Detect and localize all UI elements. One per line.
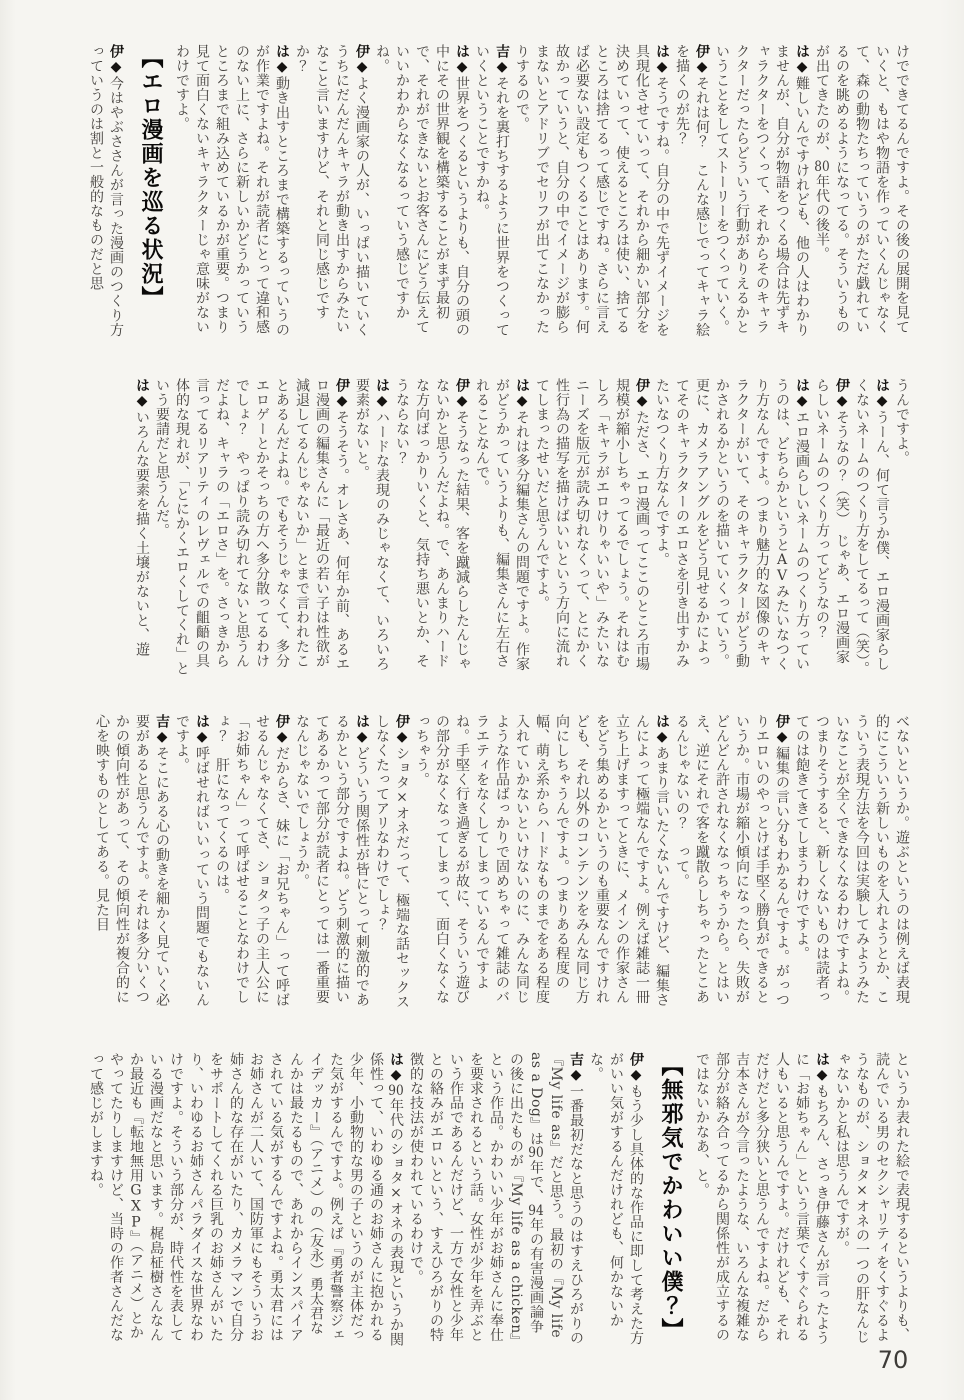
speaker-label: 吉◆: [568, 1052, 584, 1084]
paragraph: は◆90年代のショタ×オネの表現というか関係性って、いわゆる通のお姉さんに抱かれ…: [86, 1052, 406, 1347]
paragraph: は◆それは多分編集さんの問題ですよ。作家がどうかっていうよりも、編集さんに左右さ…: [472, 378, 532, 678]
speaker-label: 伊◆: [108, 44, 124, 76]
speaker-label: は◆: [274, 44, 290, 76]
paragraph: というか表れた絵で表現するというよりも、読んでいる男のセクシャリティをくすぐるよ…: [832, 1052, 912, 1347]
paragraph: は◆どういう関係性が皆にとって刺激的であるかという部分ですよね。どう刺激的に描い…: [292, 714, 372, 1016]
paragraph: 伊◆ショタ×オネだって、極端な話セックスしなくたってアリなわけでしょ？: [372, 714, 412, 1016]
tatechuyoko-number: 94: [528, 1204, 544, 1218]
speaker-label: は◆: [374, 378, 390, 410]
text-band-2: うんですよ。は◆うーん、何て言うか僕、エロ漫画家らしくないネームのつくり方をして…: [30, 378, 912, 678]
paragraph: 吉◆それを裏打ちするように世界をつくっていくということですかね。: [472, 44, 512, 342]
paragraph: は◆動き出すところまで構築するっていうのが作業ですよね。それが読者にとって違和感…: [172, 44, 292, 342]
paragraph: けでできてるんですよ。その後の展開を見ていくと、もはや物語を作っていくんじゃなく…: [812, 44, 912, 342]
paragraph: は◆ハードな表現のみじゃなくて、いろいろ要素がないと。: [352, 378, 392, 678]
section-header: 【無邪気でかわいい僕？】: [654, 1054, 686, 1347]
tatechuyoko-number: 90: [388, 1084, 404, 1098]
tatechuyoko-number: 80: [814, 160, 830, 174]
page-number: 70: [870, 1346, 916, 1374]
paragraph: は◆もちろん、さっき伊藤さんが言ったように「お姉ちゃん」という言葉でくすぐられる…: [692, 1052, 832, 1347]
paragraph: は◆呼ばせればいいっていう問題でもないんですよ。: [172, 714, 212, 1016]
speaker-label: は◆: [388, 1052, 404, 1084]
speaker-label: 伊◆: [628, 1052, 644, 1084]
paragraph: は◆難しいんですけれども、他の人はわかりませんが、自分が物語をつくる場合は先ずキ…: [712, 44, 812, 342]
text-band-1: けでできてるんですよ。その後の展開を見ていくと、もはや物語を作っていくんじゃなく…: [30, 44, 912, 342]
speaker-label: 伊◆: [334, 378, 350, 410]
paragraph: 伊◆もう少し具体的な作品に即して考えた方がいい気がするんだけれども、何かないかな…: [586, 1052, 646, 1347]
speaker-label: 伊◆: [274, 714, 290, 746]
paragraph: は◆世界をつくるというよりも、自分の頭の中にその世界観を構築することがまず最初で…: [372, 44, 472, 342]
speaker-label: 伊◆: [394, 714, 410, 746]
paragraph: は◆いろんな要素を描く土壌がないと、遊: [132, 378, 152, 678]
speaker-label: は◆: [514, 378, 530, 410]
speaker-label: 吉◆: [494, 44, 510, 76]
paragraph: 伊◆それは何？ こんな感じでってキャラ絵を描くのが先？: [672, 44, 712, 342]
speaker-label: は◆: [654, 44, 670, 76]
speaker-label: は◆: [794, 378, 810, 410]
paragraph: 伊◆だからさ、妹に「お兄ちゃん」って呼ばせるんじゃなくてさ、ショタっ子の主人公に…: [212, 714, 292, 1016]
section-header: 【エロ漫画を巡る状況】: [134, 46, 166, 342]
speaker-label: 吉◆: [154, 714, 170, 746]
paragraph: 伊◆今はやぶささんが言った漫画のつくり方っていうのは割と一般的なものだと思: [86, 44, 126, 342]
upright-latin: GXP: [128, 1183, 144, 1231]
paragraph: 吉◆一番最初だなと思うのはすえひろがりの『My life as』だと思う。最初の…: [406, 1052, 586, 1347]
magazine-page: { "page": { "number": "70" }, "colors": …: [0, 0, 964, 1400]
speaker-label: は◆: [874, 378, 890, 410]
speaker-label: 伊◆: [454, 378, 470, 410]
paragraph: は◆そうですね。自分の中で先ずイメージを具現化させていって、それから細かい部分を…: [512, 44, 672, 342]
paragraph: は◆エロ漫画らしいネームのつくり方っていうのは、どちらかというとAVみたいなつく…: [652, 378, 812, 678]
paragraph: 伊◆たださ、エロ漫画ってここのところ市場規模が縮小しちゃってるでしょう。それはむ…: [532, 378, 652, 678]
speaker-label: は◆: [354, 714, 370, 746]
speaker-label: 伊◆: [774, 714, 790, 746]
tatechuyoko-number: 90: [528, 1146, 544, 1160]
paragraph: 伊◆そうそう。オレさあ、何年か前、あるエロ漫画の編集さんに「最近の若い子は性欲が…: [152, 378, 352, 678]
speaker-label: 伊◆: [694, 44, 710, 76]
text-band-3: べないというか。遊ぶというのは例えば表現的にこういう新しいものを入れようとか、こ…: [30, 714, 912, 1016]
paragraph: 吉◆そこにある心の動きを細かく見ていく必要があると思うんですよ。それは多分いくつ…: [92, 714, 172, 1016]
paragraph: は◆あまり言いたくないんですけど、編集さんによって極端なんですよ。例えば雑誌一冊…: [412, 714, 672, 1016]
speaker-label: は◆: [134, 378, 150, 410]
speaker-label: 伊◆: [354, 44, 370, 76]
paragraph: べないというか。遊ぶというのは例えば表現的にこういう新しいものを入れようとか、こ…: [792, 714, 912, 1016]
speaker-label: は◆: [794, 44, 810, 76]
speaker-label: は◆: [454, 44, 470, 76]
paragraph: うんですよ。: [892, 378, 912, 678]
speaker-label: 伊◆: [634, 378, 650, 410]
paragraph: 伊◆編集の言い分もわかるんですよ。がっつりエロいのやっとけば手堅く勝負ができると…: [672, 714, 792, 1016]
text-band-4: というか表れた絵で表現するというよりも、読んでいる男のセクシャリティをくすぐるよ…: [30, 1052, 912, 1347]
paragraph: 伊◆よく漫画家の人が、いっぱい描いていくうちにだんだんキャラが動き出すからみたい…: [292, 44, 372, 342]
paragraph: は◆うーん、何て言うか僕、エロ漫画家らしくないネームのつくり方をしてるって（笑）…: [852, 378, 892, 678]
speaker-label: は◆: [814, 1052, 830, 1084]
speaker-label: 伊◆: [834, 378, 850, 410]
paragraph: 伊◆そうなった結果、客を蹴減らしたんじゃないかと思うんだよね。で、あんまりハード…: [392, 378, 472, 678]
speaker-label: は◆: [194, 714, 210, 746]
speaker-label: は◆: [654, 714, 670, 746]
upright-latin: AV: [774, 552, 790, 584]
paragraph: 伊◆そうなの？（笑） じゃあ、エロ漫画家らしいネームのつくり方ってどうなの？: [812, 378, 852, 678]
